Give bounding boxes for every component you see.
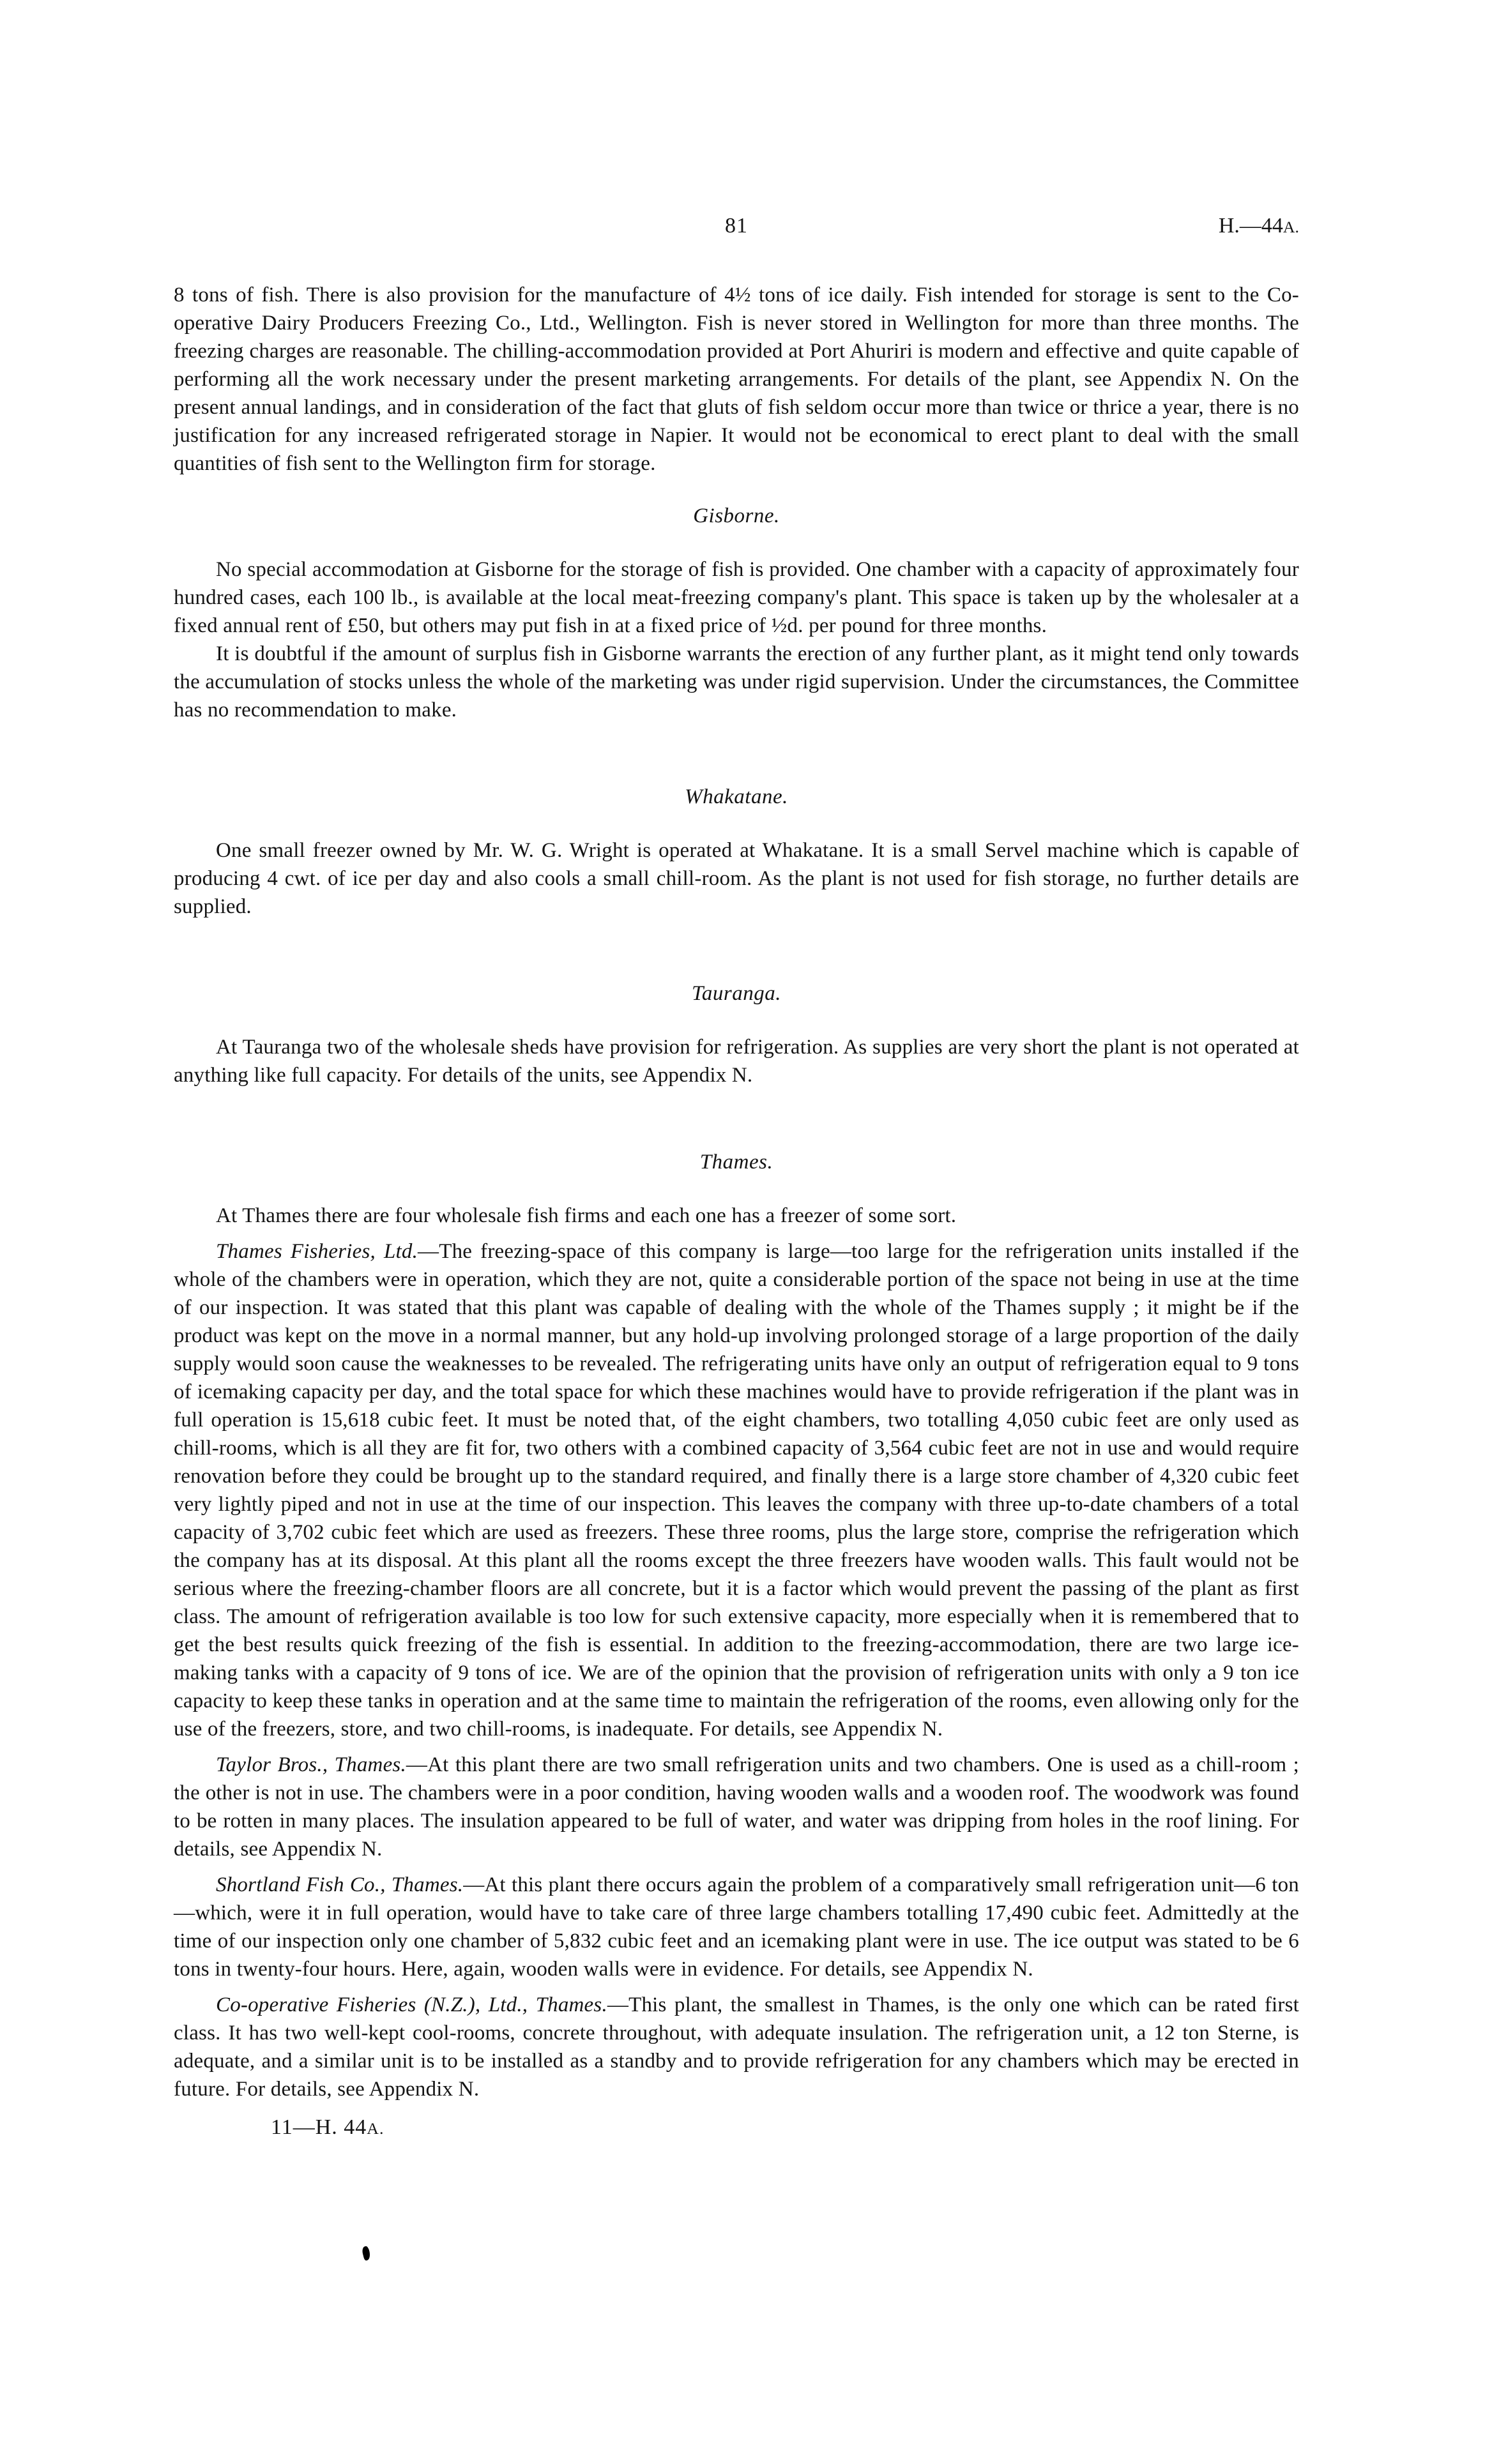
firm-name-cooperative-fisheries: Co-operative Fisheries (N.Z.), Ltd., Tha… [216, 1993, 607, 2016]
section-heading-whakatane: Whakatane. [174, 783, 1299, 811]
printers-signature-main: 11—H. 44 [271, 2115, 367, 2139]
section-heading-gisborne: Gisborne. [174, 502, 1299, 530]
paragraph-continuation: 8 tons of fish. There is also provision … [174, 281, 1299, 478]
firm-name-shortland-fish: Shortland Fish Co., Thames. [216, 1873, 463, 1896]
page-body: 8 tons of fish. There is also provision … [174, 281, 1299, 2143]
thames-fisheries-paragraph: Thames Fisheries, Ltd.—The freezing-spac… [174, 1237, 1299, 1743]
cooperative-fisheries-paragraph: Co-operative Fisheries (N.Z.), Ltd., Tha… [174, 1991, 1299, 2103]
ink-smudge-mark [362, 2246, 372, 2261]
taylor-bros-paragraph: Taylor Bros., Thames.—At this plant ther… [174, 1751, 1299, 1863]
section-heading-thames: Thames. [174, 1148, 1299, 1176]
scanned-document-page: 81 H.—44A. 8 tons of fish. There is also… [0, 0, 1492, 2464]
tauranga-paragraph: At Tauranga two of the wholesale sheds h… [174, 1033, 1299, 1089]
printers-signature-line: 11—H. 44A. [174, 2113, 1299, 2143]
firm-name-taylor-bros: Taylor Bros., Thames. [216, 1753, 406, 1776]
thames-fisheries-text: —The freezing-space of this company is l… [174, 1240, 1299, 1741]
page-number: 81 [174, 212, 1299, 240]
page-header: 81 H.—44A. [174, 212, 1299, 241]
shortland-fish-paragraph: Shortland Fish Co., Thames.—At this plan… [174, 1871, 1299, 1983]
whakatane-paragraph: One small freezer owned by Mr. W. G. Wri… [174, 836, 1299, 921]
gisborne-paragraph-1: No special accommodation at Gisborne for… [174, 556, 1299, 640]
document-reference-suffix: A. [1283, 218, 1299, 236]
document-reference: H.—44A. [1219, 212, 1299, 241]
section-heading-tauranga: Tauranga. [174, 979, 1299, 1008]
gisborne-paragraph-2: It is doubtful if the amount of surplus … [174, 640, 1299, 724]
thames-intro-paragraph: At Thames there are four wholesale fish … [174, 1202, 1299, 1230]
firm-name-thames-fisheries: Thames Fisheries, Ltd. [216, 1240, 418, 1263]
printers-signature-suffix: A. [367, 2119, 384, 2138]
text-block: 81 H.—44A. 8 tons of fish. There is also… [174, 212, 1299, 2143]
document-reference-main: H.—44 [1219, 214, 1283, 238]
